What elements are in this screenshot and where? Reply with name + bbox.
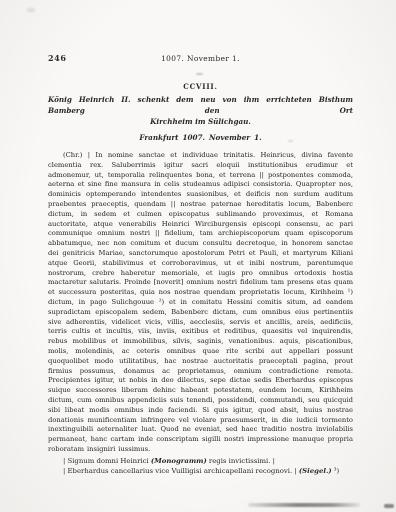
charter-title-line2: Kirchheim im Sülichgau.: [48, 116, 353, 127]
scan-artifact-bottom-streak: [248, 503, 360, 507]
scan-artifact-top-left: [27, 8, 35, 12]
monogram-note: (Monogramm): [151, 457, 207, 465]
scan-artifact-header: [196, 73, 203, 75]
signature-footnote-marker: ³): [332, 467, 340, 475]
signature-suffix: regis invictissimi. |: [207, 457, 275, 465]
running-head-date: 1007. November 1.: [48, 54, 353, 63]
signature-line-signum: | Signum domni Heinrici (Monogramm) regi…: [63, 456, 353, 466]
charter-block: König Heinrich II. schenkt dem neu von i…: [48, 94, 353, 476]
signature-line-chancellor: | Eberhardus cancellarius vice Vuilligis…: [63, 466, 353, 476]
scanned-book-page: 246 1007. November 1. CCVIII. König Hein…: [0, 0, 396, 512]
signature-block: | Signum domni Heinrici (Monogramm) regi…: [63, 456, 353, 476]
charter-title-line1: König Heinrich II. schenkt dem neu von i…: [48, 94, 353, 116]
charter-dateline: Frankfurt 1007. November 1.: [48, 133, 353, 143]
signature-prefix: | Signum domni Heinrici: [63, 457, 151, 465]
seal-note: (Siegel.): [299, 467, 332, 475]
charter-body-text: (Chr.) | In nomine sanctae et individuae…: [48, 151, 353, 455]
charter-section-number: CCVIII.: [48, 82, 353, 91]
scan-artifact-bottom-right: [384, 504, 394, 508]
signature-prefix: | Eberhardus cancellarius vice Vuilligis…: [63, 467, 299, 475]
